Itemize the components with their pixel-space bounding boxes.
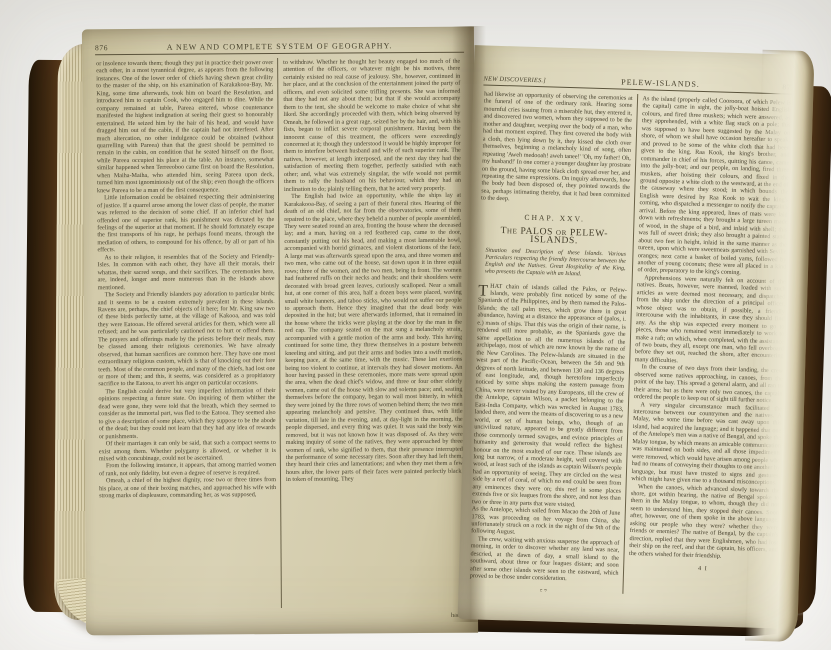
signature-mark-left: 57 [469,586,618,594]
right-page-column-1: had likewise an opportunity of observing… [468,89,636,593]
photo-of-open-antique-book: 876 A NEW AND COMPLETE SYSTEM OF GEOGRAP… [0,0,831,650]
right-running-title: PELEW-ISLANDS. [559,76,761,91]
left-page-column-1: or insolence towards them; though they p… [95,58,281,609]
right-header-section-label: NEW DISCOVERIES.] [483,75,559,84]
left-page: 876 A NEW AND COMPLETE SYSTEM OF GEOGRAP… [82,27,478,636]
antelope-wreck-paragraphs: As the Antelope, which sailed from Macao… [470,506,621,585]
left-running-title: A NEW AND COMPLETE SYSTEM OF GEOGRAPHY. [129,41,430,52]
funeral-ceremony-paragraph: had likewise an opportunity of observing… [481,91,633,207]
right-page-columns: had likewise an opportunity of observing… [468,89,795,598]
left-page-number: 876 [95,43,129,52]
drop-cap-letter: T [478,283,490,297]
chapter-title: The PALOS or PELEW-ISLANDS. [480,227,629,246]
left-page-header: 876 A NEW AND COMPLETE SYSTEM OF GEOGRAP… [95,41,464,56]
chapter-summary: Situation and Description of these Islan… [485,248,626,281]
chapter-opening-text: HAT chain of islands called the Palos, o… [472,283,627,508]
left-page-column-2: to withdraw. Whether he thought her beau… [277,57,468,608]
right-page: NEW DISCOVERIES.] PELEW-ISLANDS. 877 had… [458,45,809,629]
chapter-opening-paragraph: THAT chain of islands called the Palos, … [472,283,627,511]
left-page-columns: or insolence towards them; though they p… [95,57,468,610]
chapter-number-heading: CHAP. XXV. [480,212,629,224]
